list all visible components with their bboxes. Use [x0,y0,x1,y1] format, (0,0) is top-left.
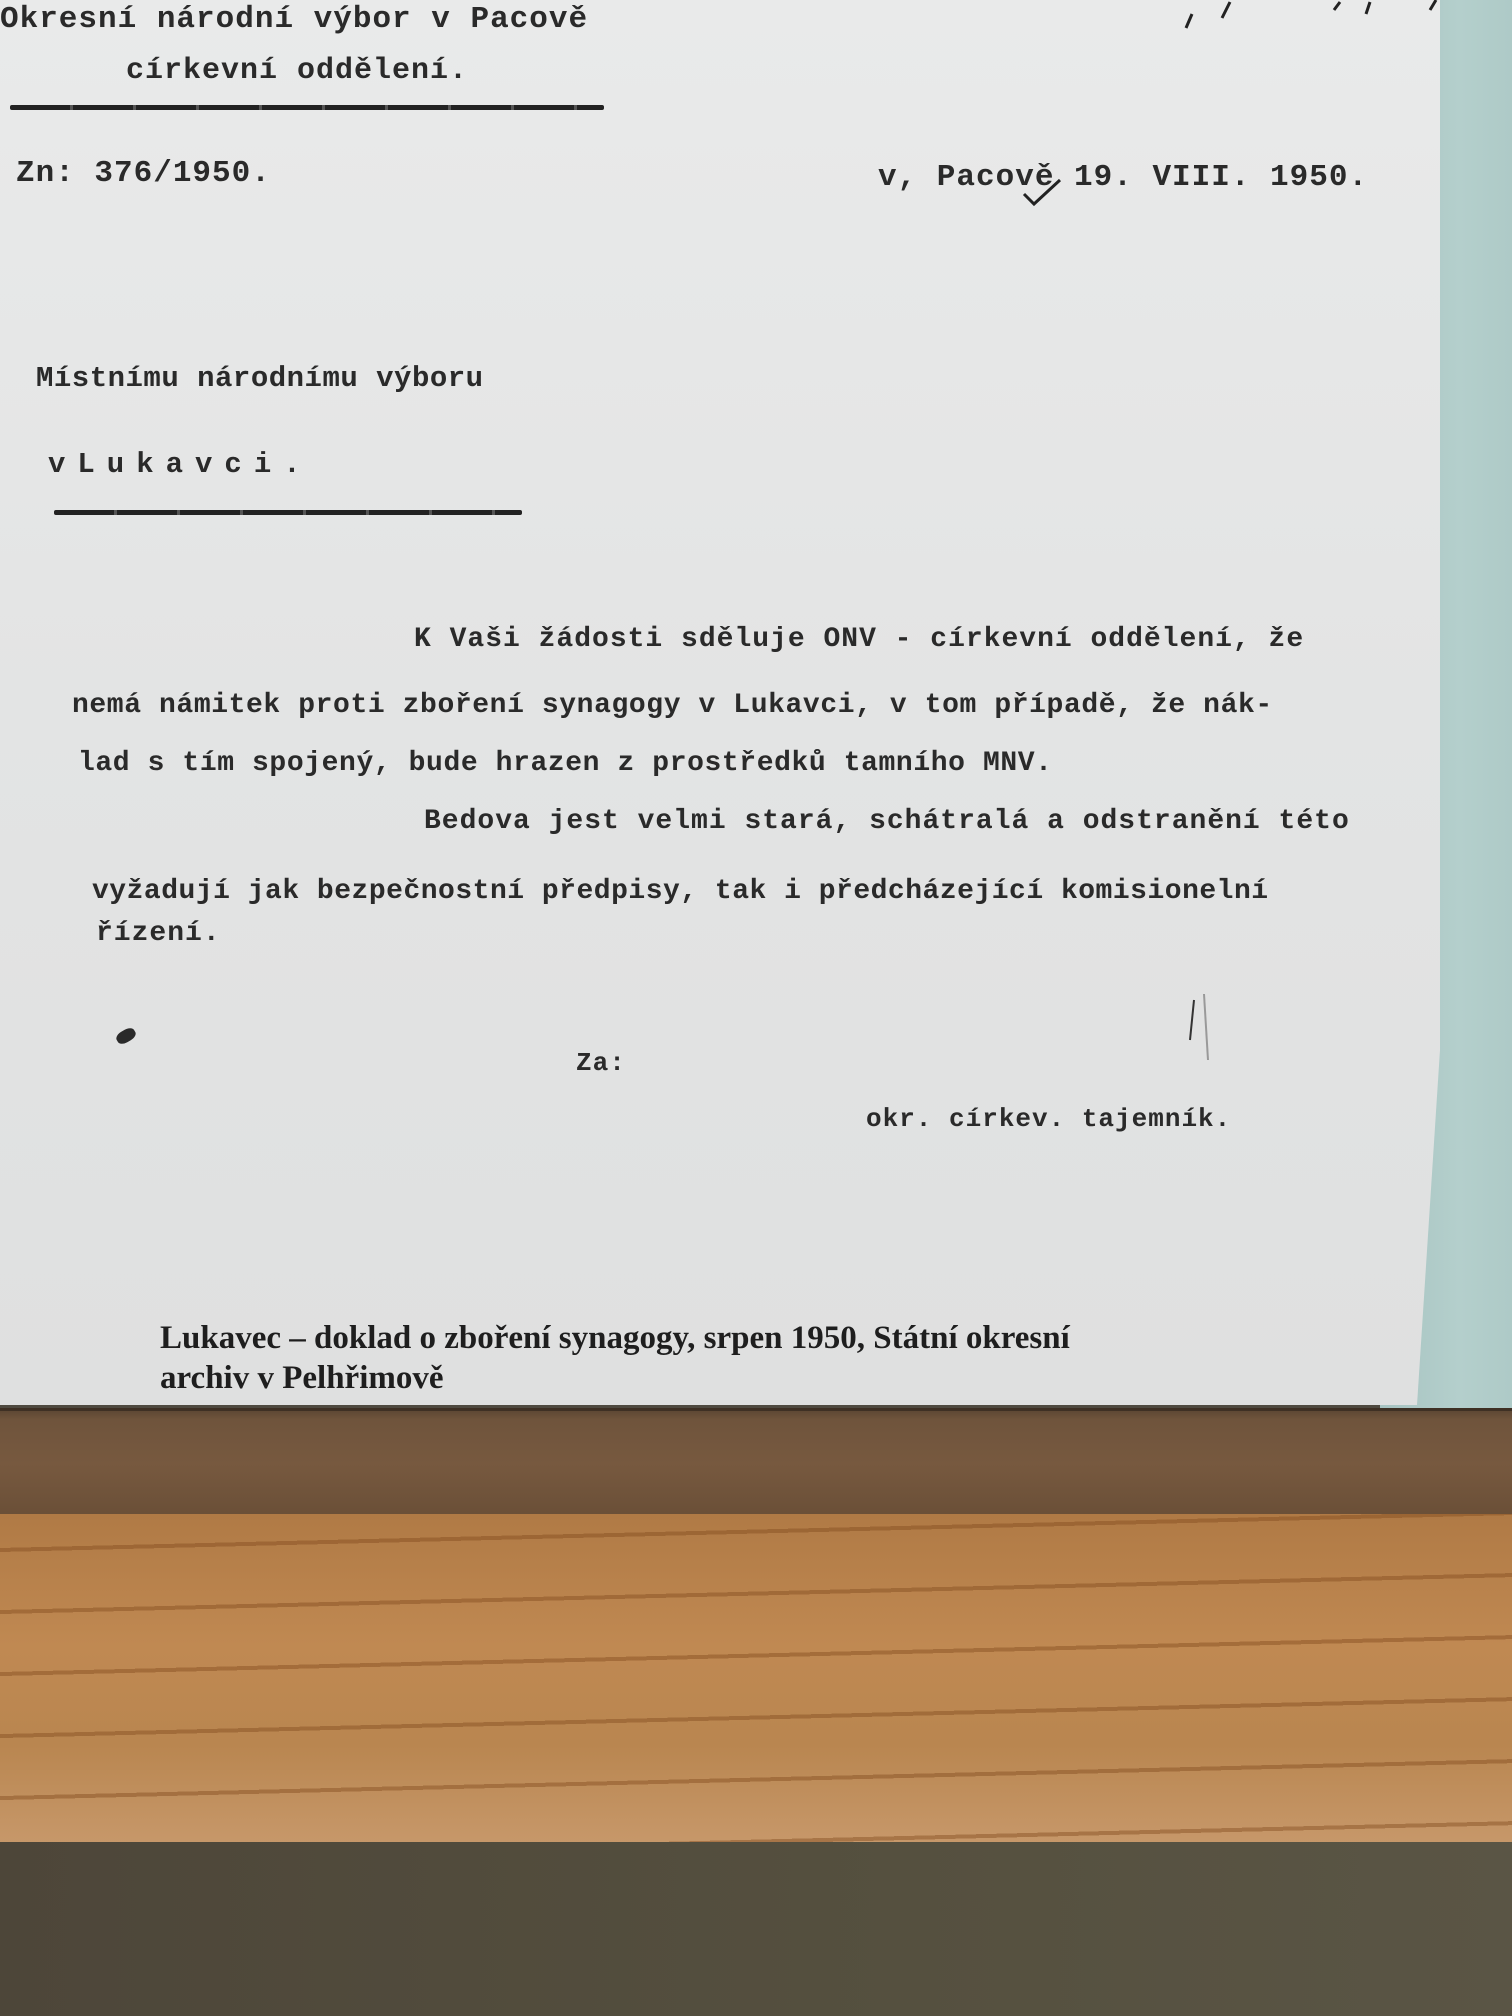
letterhead-line-2: církevní oddělení. [126,54,468,88]
letterhead-underline [10,105,604,110]
pen-stroke-mark [1186,990,1216,1060]
body-line-2: nemá námitek proti zboření synagogy v Lu… [72,690,1273,721]
signatory-title: okr. církev. tajemník. [866,1104,1231,1134]
handwriting-marks [1180,0,1440,30]
ink-blot [114,1026,137,1046]
wooden-frame [0,1514,1512,1844]
caption-line-2: archiv v Pelhřimově [160,1358,1280,1398]
place-date: v, Pacově 19. VIII. 1950. [878,160,1368,195]
body-line-5: vyžadují jak bezpečnostní předpisy, tak … [92,876,1269,907]
recipient-underline [54,510,522,515]
signature-prefix: Za: [576,1048,626,1078]
letterhead-line-1: Okresní národní výbor v Pacově [0,2,588,37]
body-line-3: lad s tím spojený, bude hrazen z prostře… [78,748,1053,779]
recipient-line-1: Místnímu národnímu výboru [36,362,484,395]
exhibit-caption: Lukavec – doklad o zboření synagogy, srp… [160,1318,1280,1398]
body-line-6: řízení. [96,918,221,949]
background-surface [0,1842,1512,2016]
recipient-line-2: vLukavci. [48,448,313,481]
body-line-1: K Vaši žádosti sděluje ONV - církevní od… [414,624,1304,655]
caption-line-1: Lukavec – doklad o zboření synagogy, srp… [160,1318,1280,1358]
reference-number: Zn: 376/1950. [16,156,271,191]
body-line-4: Bedova jest velmi stará, schátralá a ods… [424,806,1350,837]
checkmark-icon [1022,178,1062,208]
frame-inner-lip [0,1408,1512,1517]
document-sheet: Okresní národní výbor v Pacově církevní … [0,0,1440,1405]
